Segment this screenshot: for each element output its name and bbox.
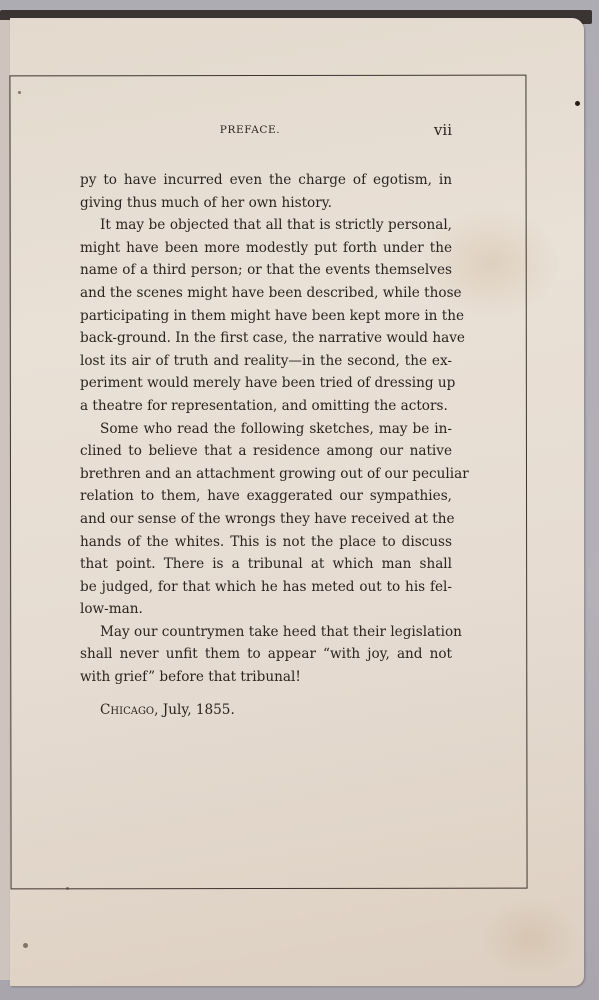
paragraph: It may be objected that all that is stri… <box>80 214 452 417</box>
text-line: shall never unfit them to appear “with j… <box>80 643 452 666</box>
text-line: giving thus much of her own history. <box>80 192 452 215</box>
running-title: PREFACE. <box>48 124 452 136</box>
text-line: periment would merely have been tried of… <box>80 372 452 395</box>
dateline-place: Chicago <box>100 702 154 718</box>
text-line: Some who read the following sketches, ma… <box>80 418 452 441</box>
text-line: low-man. <box>80 598 452 621</box>
paper-speck <box>23 943 28 948</box>
dateline-date: , July, 1855. <box>154 702 235 718</box>
text-line: clined to believe that a residence among… <box>80 440 452 463</box>
binding-hole <box>575 101 580 106</box>
paragraph: May our countrymen take heed that their … <box>80 621 452 689</box>
text-line: that point. There is a tribunal at which… <box>80 553 452 576</box>
paper-speck <box>18 91 21 94</box>
text-line: back-ground. In the first case, the narr… <box>80 327 452 350</box>
text-line: with grief” before that tribunal! <box>80 666 452 689</box>
text-line: brethren and an attachment growing out o… <box>80 463 452 486</box>
dateline: Chicago, July, 1855. <box>80 699 452 722</box>
text-line: participating in them might have been ke… <box>80 305 452 328</box>
text-line: May our countrymen take heed that their … <box>80 621 452 644</box>
text-line: py to have incurred even the charge of e… <box>80 169 452 192</box>
running-head: PREFACE. vii <box>48 121 452 143</box>
water-stain <box>480 898 580 978</box>
text-line: a theatre for representation, and omitti… <box>80 395 452 418</box>
text-line: hands of the whites. This is not the pla… <box>80 531 452 554</box>
text-line: It may be objected that all that is stri… <box>80 214 452 237</box>
text-line: and our sense of the wrongs they have re… <box>80 508 452 531</box>
text-line: lost its air of truth and reality—in the… <box>80 350 452 373</box>
paragraph: Some who read the following sketches, ma… <box>80 418 452 621</box>
text-line: name of a third person; or that the even… <box>80 259 452 282</box>
text-line: might have been more modestly put forth … <box>80 237 452 260</box>
page-number: vii <box>434 121 452 139</box>
paper-speck <box>66 887 69 890</box>
paragraph: py to have incurred even the charge of e… <box>80 169 452 214</box>
text-line: and the scenes might have been described… <box>80 282 452 305</box>
text-line: relation to them, have exaggerated our s… <box>80 485 452 508</box>
text-line: be judged, for that which he has meted o… <box>80 576 452 599</box>
body-text: py to have incurred even the charge of e… <box>80 169 452 721</box>
